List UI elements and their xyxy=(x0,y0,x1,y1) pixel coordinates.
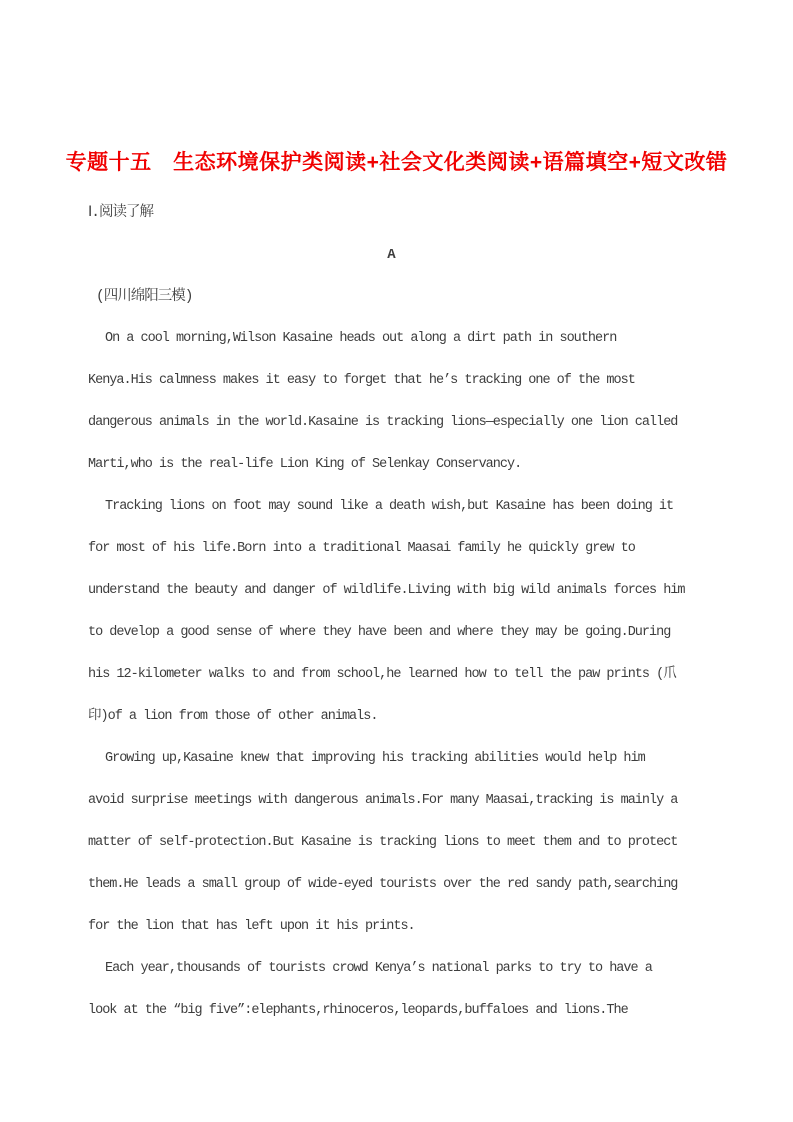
paragraph-2: Tracking lions on foot may sound like a … xyxy=(88,486,694,738)
document-body: Ⅰ.阅读了解 A (四川绵阳三模) On a cool morning,Wils… xyxy=(88,192,694,1032)
passage-label: A xyxy=(88,234,694,276)
source-note: (四川绵阳三模) xyxy=(88,276,694,318)
paragraph-3: Growing up,Kasaine knew that improving h… xyxy=(88,738,694,948)
document-page: 专题十五 生态环境保护类阅读+社会文化类阅读+语篇填空+短文改错 Ⅰ.阅读了解 … xyxy=(0,0,793,1122)
paragraph-1: On a cool morning,Wilson Kasaine heads o… xyxy=(88,318,694,486)
paragraph-4: Each year,thousands of tourists crowd Ke… xyxy=(88,948,694,1032)
section-heading: Ⅰ.阅读了解 xyxy=(88,192,694,234)
page-title: 专题十五 生态环境保护类阅读+社会文化类阅读+语篇填空+短文改错 xyxy=(0,146,793,176)
